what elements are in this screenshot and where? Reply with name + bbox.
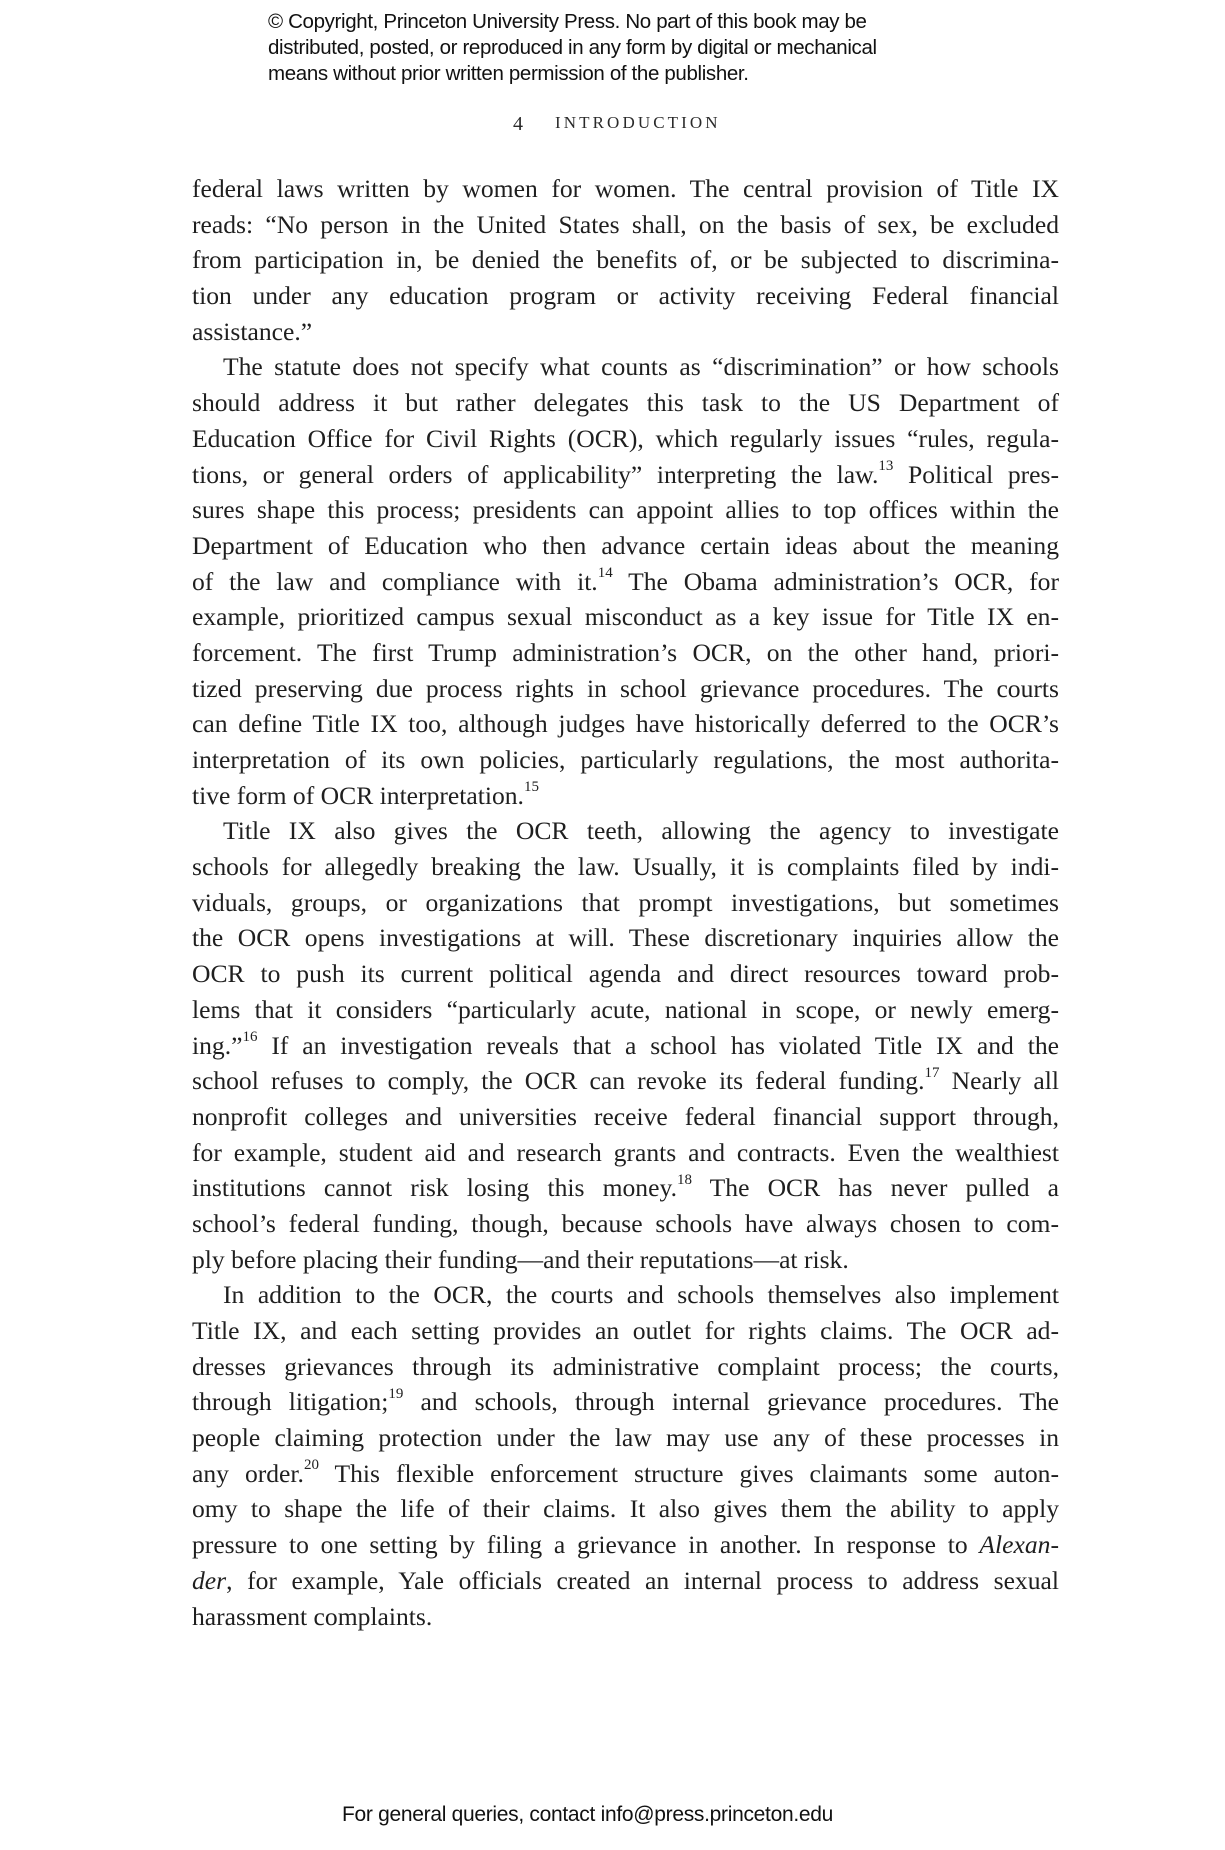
text-line: Title IX, and each setting provides an o…: [192, 1313, 1059, 1349]
paragraph: In addition to the OCR, the courts and s…: [192, 1277, 1059, 1634]
text-line: pressure to one setting by filing a grie…: [192, 1527, 1059, 1563]
text-line: tized preserving due process rights in s…: [192, 671, 1059, 707]
text-line: ply before placing their funding—and the…: [192, 1242, 1059, 1278]
text-line: omy to shape the life of their claims. I…: [192, 1491, 1059, 1527]
footnote-marker[interactable]: 17: [924, 1065, 939, 1081]
text-line: In addition to the OCR, the courts and s…: [192, 1277, 1059, 1313]
text-line: viduals, groups, or organizations that p…: [192, 885, 1059, 921]
text-line: can define Title IX too, although judges…: [192, 706, 1059, 742]
text-line: Department of Education who then advance…: [192, 528, 1059, 564]
paragraph: federal laws written by women for women.…: [192, 171, 1059, 349]
text-line: lems that it considers “particularly acu…: [192, 992, 1059, 1028]
text-line: from participation in, be denied the ben…: [192, 242, 1059, 278]
copyright-line: distributed, posted, or reproduced in an…: [268, 35, 988, 61]
text-line: school’s federal funding, though, becaus…: [192, 1206, 1059, 1242]
text-line: the OCR opens investigations at will. Th…: [192, 920, 1059, 956]
footnote-marker[interactable]: 20: [304, 1457, 319, 1473]
text-line: should address it but rather delegates t…: [192, 385, 1059, 421]
paragraph: The statute does not specify what counts…: [192, 349, 1059, 813]
footnote-marker[interactable]: 15: [524, 779, 539, 795]
text-line: Education Office for Civil Rights (OCR),…: [192, 421, 1059, 457]
footer-text: For general queries, contact info@press.…: [342, 1803, 833, 1826]
text-line: assistance.”: [192, 314, 1059, 350]
footnote-marker[interactable]: 14: [598, 565, 613, 581]
footer-contact: For general queries, contact info@press.…: [0, 1803, 1225, 1827]
text-line: example, prioritized campus sexual misco…: [192, 599, 1059, 635]
text-line: tions, or general orders of applicabilit…: [192, 457, 1059, 493]
page-number: 4: [513, 113, 523, 136]
text-line: ing.”16 If an investigation reveals that…: [192, 1028, 1059, 1064]
copyright-line: © Copyright, Princeton University Press.…: [268, 9, 988, 35]
copyright-line: means without prior written permission o…: [268, 61, 988, 87]
text-line: for example, student aid and research gr…: [192, 1135, 1059, 1171]
paragraph: Title IX also gives the OCR teeth, allow…: [192, 813, 1059, 1277]
text-line: schools for allegedly breaking the law. …: [192, 849, 1059, 885]
text-line: interpretation of its own policies, part…: [192, 742, 1059, 778]
text-line: dresses grievances through its administr…: [192, 1349, 1059, 1385]
text-line: sures shape this process; presidents can…: [192, 492, 1059, 528]
text-line: tion under any education program or acti…: [192, 278, 1059, 314]
text-line: Title IX also gives the OCR teeth, allow…: [192, 813, 1059, 849]
text-line: people claiming protection under the law…: [192, 1420, 1059, 1456]
case-name-italic: Alexan-: [979, 1530, 1059, 1559]
text-line: forcement. The first Trump administratio…: [192, 635, 1059, 671]
text-line: The statute does not specify what counts…: [192, 349, 1059, 385]
text-line: federal laws written by women for women.…: [192, 171, 1059, 207]
text-line: tive form of OCR interpretation.15: [192, 778, 1059, 814]
text-line: nonprofit colleges and universities rece…: [192, 1099, 1059, 1135]
case-name-italic: der: [192, 1566, 226, 1595]
text-line: OCR to push its current political agenda…: [192, 956, 1059, 992]
footnote-marker[interactable]: 16: [242, 1029, 257, 1045]
text-line: any order.20 This flexible enforcement s…: [192, 1456, 1059, 1492]
text-line: school refuses to comply, the OCR can re…: [192, 1063, 1059, 1099]
chapter-title: INTRODUCTION: [555, 113, 721, 133]
text-line: reads: “No person in the United States s…: [192, 207, 1059, 243]
text-line: institutions cannot risk losing this mon…: [192, 1170, 1059, 1206]
text-line: der, for example, Yale officials created…: [192, 1563, 1059, 1599]
copyright-notice: © Copyright, Princeton University Press.…: [268, 9, 988, 87]
body-text: federal laws written by women for women.…: [192, 171, 1059, 1634]
footnote-marker[interactable]: 18: [677, 1172, 692, 1188]
text-line: harassment complaints.: [192, 1599, 1059, 1635]
footnote-marker[interactable]: 19: [388, 1386, 403, 1402]
footnote-marker[interactable]: 13: [878, 458, 893, 474]
text-line: through litigation;19 and schools, throu…: [192, 1384, 1059, 1420]
text-line: of the law and compliance with it.14 The…: [192, 564, 1059, 600]
